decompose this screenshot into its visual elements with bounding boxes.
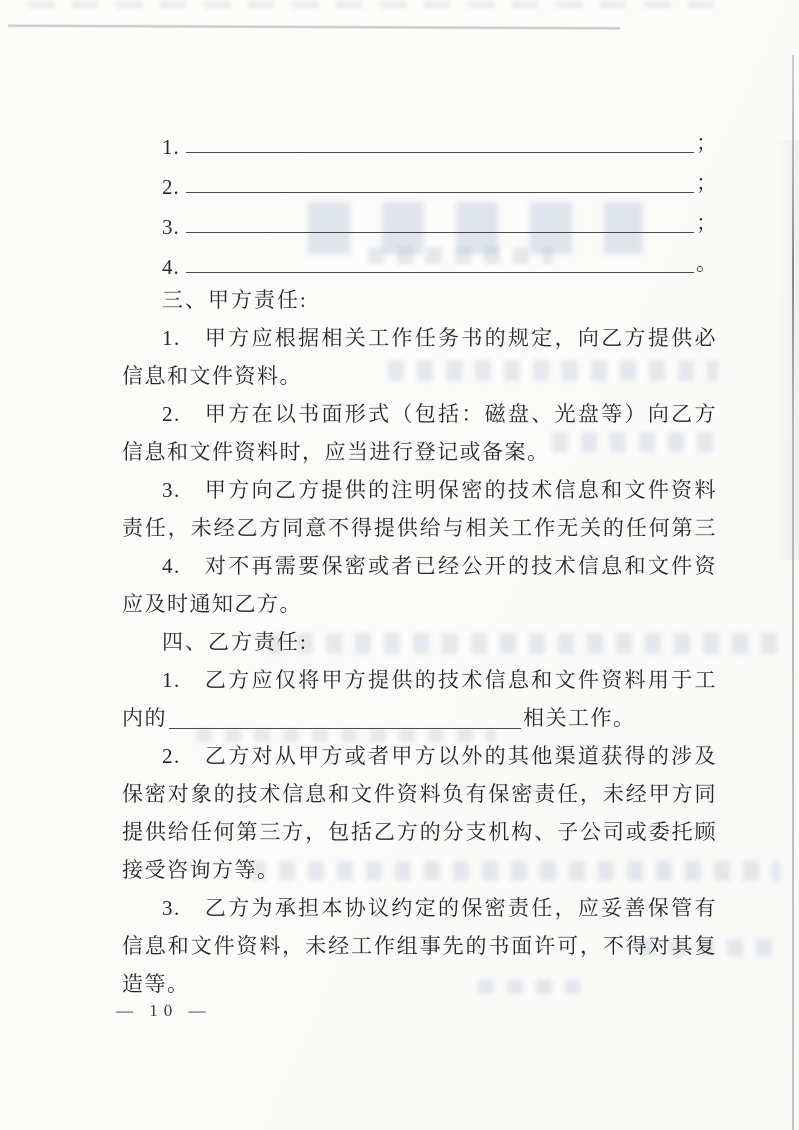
body-line: 保密对象的技术信息和文件资料负有保密责任，未经甲方同意不得: [122, 775, 717, 813]
fill-in-blank-underline: [186, 152, 694, 153]
body-line: 4. 对不再需要保密或者已经公开的技术信息和文件资料，甲方: [122, 547, 717, 585]
blank-punctuation: ；: [696, 127, 717, 157]
section-heading-party-a: 三、甲方责任:: [122, 281, 717, 319]
inline-blank-line: 内的 相关工作。: [122, 699, 717, 737]
document-body: 1. ； 2. ； 3. ； 4. 。 三、甲方责任: 1. 甲方应根据相关工作…: [122, 121, 717, 1003]
page-edge-shadow: [773, 140, 799, 560]
blank-punctuation: ；: [696, 207, 717, 237]
body-line: 2. 甲方在以书面形式（包括：磁盘、光盘等）向乙方提供技术: [122, 395, 717, 433]
body-line: 1. 乙方应仅将甲方提供的技术信息和文件资料用于工作组范围: [122, 661, 717, 699]
fill-in-blank-underline: [186, 272, 694, 273]
body-line: 1. 甲方应根据相关工作任务书的规定，向乙方提供必要的技术: [122, 319, 717, 357]
body-line: 3. 甲方向乙方提供的注明保密的技术信息和文件资料负有保密: [122, 471, 717, 509]
bleedthrough-ghost: [28, 1, 718, 8]
blank-punctuation: 。: [696, 247, 717, 277]
section-heading-party-b: 四、乙方责任:: [122, 623, 717, 661]
body-line: 责任，未经乙方同意不得提供给与相关工作无关的任何第三方。: [122, 509, 717, 547]
inline-blank-suffix: 相关工作。: [523, 699, 636, 737]
page-edge-line: [792, 55, 794, 1130]
body-line: 信息和文件资料。: [122, 357, 717, 395]
numbered-blank-line-3: 3. ；: [122, 201, 717, 241]
numbered-blank-line-4: 4. 。: [122, 241, 717, 281]
body-line: 应及时通知乙方。: [122, 585, 717, 623]
blank-number: 4.: [162, 255, 180, 280]
inline-blank-prefix: 内的: [122, 699, 167, 737]
scan-line-artifact: [8, 25, 620, 30]
body-line: 接受咨询方等。: [122, 851, 717, 889]
blank-number: 2.: [162, 175, 180, 200]
blank-number: 3.: [162, 215, 180, 240]
body-line: 2. 乙方对从甲方或者甲方以外的其他渠道获得的涉及普查工作: [122, 737, 717, 775]
blank-number: 1.: [162, 135, 180, 160]
fill-in-blank-underline: [169, 728, 521, 729]
page-number: — 10 —: [116, 1001, 212, 1021]
body-line: 提供给任何第三方，包括乙方的分支机构、子公司或委托顾问方、: [122, 813, 717, 851]
body-line: 3. 乙方为承担本协议约定的保密责任，应妥善保管有关的技术: [122, 889, 717, 927]
blank-punctuation: ；: [696, 167, 717, 197]
body-line: 信息和文件资料，未经工作组事先的书面许可，不得对其复制、仿: [122, 927, 717, 965]
numbered-blank-line-2: 2. ；: [122, 161, 717, 201]
numbered-blank-line-1: 1. ；: [122, 121, 717, 161]
scanned-document-page: 1. ； 2. ； 3. ； 4. 。 三、甲方责任: 1. 甲方应根据相关工作…: [0, 0, 799, 1130]
fill-in-blank-underline: [186, 192, 694, 193]
body-line: 造等。: [122, 965, 717, 1003]
body-line: 信息和文件资料时，应当进行登记或备案。: [122, 433, 717, 471]
fill-in-blank-underline: [186, 232, 694, 233]
